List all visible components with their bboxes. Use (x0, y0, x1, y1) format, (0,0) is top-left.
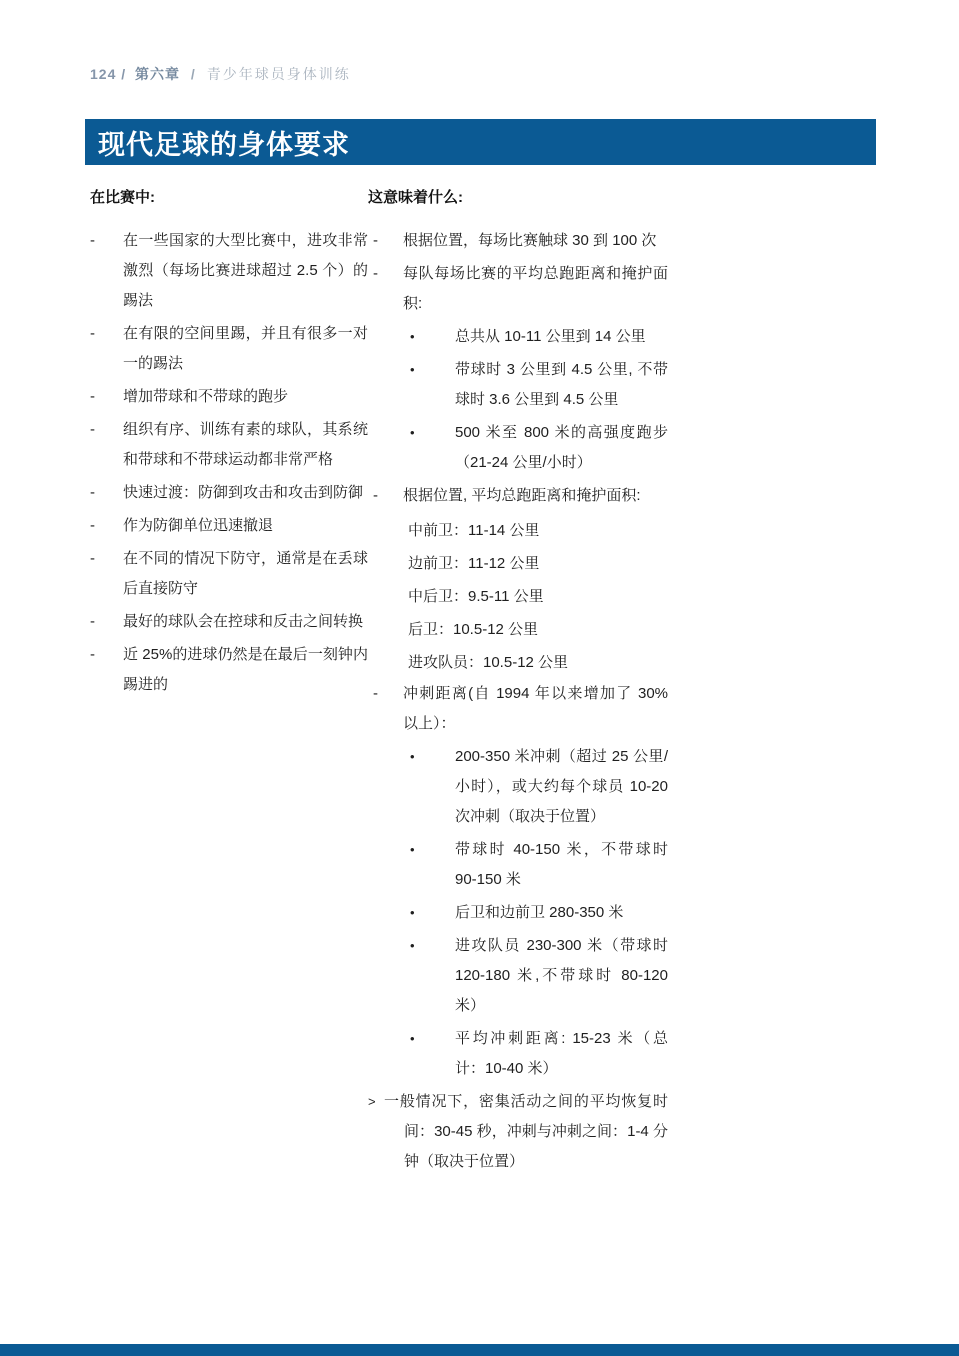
list-item: - 最好的球队会在控球和反击之间转换 (90, 607, 368, 637)
left-column-heading: 在比赛中: (90, 183, 368, 213)
list-item: - 在一些国家的大型比赛中，进攻非常激烈（每场比赛进球超过 2.5 个）的踢法 (90, 226, 368, 316)
right-column: 这意味着什么: - 根据位置，每场比赛触球 30 到 100 次 - 每队每场比… (368, 183, 668, 1180)
sub-list-item-text: 200-350 米冲刺（超过 25 公里/小时），或大约每个球员 10-20 次… (455, 742, 668, 832)
dash-marker: - (368, 226, 403, 256)
list-item-text: 作为防御单位迅速撤退 (123, 511, 368, 541)
bullet-marker: • (408, 931, 455, 1021)
dash-marker: - (90, 511, 123, 541)
dash-marker: - (90, 226, 123, 316)
dash-marker: - (90, 319, 123, 379)
section-title: 青少年球员身体训练 (207, 66, 351, 82)
sub-list-item: • 总共从 10-11 公里到 14 公里 (408, 322, 668, 352)
list-item: - 组织有序、训练有素的球队，其系统和带球和不带球运动都非常严格 (90, 415, 368, 475)
document-page: 124 / 第六章 / 青少年球员身体训练 现代足球的身体要求 在比赛中: - … (0, 0, 959, 1356)
bullet-marker: • (408, 742, 455, 832)
position-distance-list: 中前卫：11-14 公里 边前卫：11-12 公里 中后卫：9.5-11 公里 … (368, 514, 668, 679)
bullet-marker: • (408, 898, 455, 928)
sub-list-item: • 进攻队员 230-300 米（带球时 120-180 米,不带球时 80-1… (408, 931, 668, 1021)
sub-list-item: • 200-350 米冲刺（超过 25 公里/小时），或大约每个球员 10-20… (408, 742, 668, 832)
breadcrumb-separator: / (191, 66, 196, 82)
bullet-marker: • (408, 355, 455, 415)
position-distance-line: 边前卫：11-12 公里 (408, 547, 668, 580)
list-item: - 快速过渡：防御到攻击和攻击到防御 (90, 478, 368, 508)
bullet-marker: • (408, 835, 455, 895)
left-column: 在比赛中: - 在一些国家的大型比赛中，进攻非常激烈（每场比赛进球超过 2.5 … (90, 183, 368, 703)
dash-marker: - (90, 544, 123, 604)
bullet-marker: • (408, 418, 455, 478)
list-item-text: 根据位置，每场比赛触球 30 到 100 次 (403, 226, 668, 256)
list-item: - 每队每场比赛的平均总跑距离和掩护面积: (368, 259, 668, 319)
list-item: - 冲刺距离(自 1994 年以来增加了 30% 以上）： (368, 679, 668, 739)
list-item-text: 在一些国家的大型比赛中，进攻非常激烈（每场比赛进球超过 2.5 个）的踢法 (123, 226, 368, 316)
list-item-text: 快速过渡：防御到攻击和攻击到防御 (123, 478, 368, 508)
sub-list-item-text: 后卫和边前卫 280-350 米 (455, 898, 668, 928)
list-item: - 增加带球和不带球的跑步 (90, 382, 368, 412)
dash-marker: - (90, 382, 123, 412)
right-column-heading: 这意味着什么: (368, 183, 668, 213)
dash-marker: - (368, 481, 403, 511)
sub-list-item: • 带球时 40-150 米，不带球时 90-150 米 (408, 835, 668, 895)
sub-list-item: • 带球时 3 公里到 4.5 公里, 不带球时 3.6 公里到 4.5 公里 (408, 355, 668, 415)
list-item: - 近 25%的进球仍然是在最后一刻钟内踢进的 (90, 640, 368, 700)
banner-title: 现代足球的身体要求 (98, 123, 350, 162)
list-item-text: 冲刺距离(自 1994 年以来增加了 30% 以上）： (403, 679, 668, 739)
position-distance-line: 中后卫：9.5-11 公里 (408, 580, 668, 613)
position-distance-line: 后卫：10.5-12 公里 (408, 613, 668, 646)
dash-marker: - (90, 640, 123, 700)
footer-bar (0, 1344, 959, 1356)
dash-marker: - (368, 679, 403, 739)
bullet-marker: • (408, 1024, 455, 1084)
list-item-text: 在有限的空间里踢，并且有很多一对一的踢法 (123, 319, 368, 379)
chapter-label: 第六章 (135, 66, 180, 82)
list-item-text: 在不同的情况下防守，通常是在丢球后直接防守 (123, 544, 368, 604)
position-distance-line: 进攻队员：10.5-12 公里 (408, 646, 668, 679)
sub-list-item-text: 进攻队员 230-300 米（带球时 120-180 米,不带球时 80-120… (455, 931, 668, 1021)
position-distance-line: 中前卫：11-14 公里 (408, 514, 668, 547)
list-item: - 作为防御单位迅速撤退 (90, 511, 368, 541)
sub-list-item-text: 带球时 40-150 米，不带球时 90-150 米 (455, 835, 668, 895)
recovery-note-item: > 一般情况下，密集活动之间的平均恢复时间：30-45 秒，冲刺与冲刺之间：1-… (368, 1087, 668, 1177)
bullet-marker: • (408, 322, 455, 352)
sub-list-item: • 后卫和边前卫 280-350 米 (408, 898, 668, 928)
dash-marker: - (90, 478, 123, 508)
sub-list-item: • 500 米至 800 米的高强度跑步（21-24 公里/小时） (408, 418, 668, 478)
breadcrumb: 124 / 第六章 / 青少年球员身体训练 (90, 64, 351, 84)
gt-marker: > (368, 1087, 384, 1177)
list-item: - 在有限的空间里踢，并且有很多一对一的踢法 (90, 319, 368, 379)
list-item-text: 根据位置, 平均总跑距离和掩护面积: (403, 481, 668, 511)
sub-list-item-text: 500 米至 800 米的高强度跑步（21-24 公里/小时） (455, 418, 668, 478)
dash-marker: - (90, 607, 123, 637)
list-item: - 在不同的情况下防守，通常是在丢球后直接防守 (90, 544, 368, 604)
sub-list-item-text: 平均冲刺距离: 15-23 米（总计：10-40 米） (455, 1024, 668, 1084)
sub-list-item: • 平均冲刺距离: 15-23 米（总计：10-40 米） (408, 1024, 668, 1084)
list-item: - 根据位置, 平均总跑距离和掩护面积: (368, 481, 668, 511)
sub-list-item-text: 总共从 10-11 公里到 14 公里 (455, 322, 668, 352)
section-banner: 现代足球的身体要求 (85, 119, 876, 165)
dash-marker: - (368, 259, 403, 319)
list-item-text: 组织有序、训练有素的球队，其系统和带球和不带球运动都非常严格 (123, 415, 368, 475)
list-item: - 根据位置，每场比赛触球 30 到 100 次 (368, 226, 668, 256)
list-item-text: 近 25%的进球仍然是在最后一刻钟内踢进的 (123, 640, 368, 700)
list-item-text: 最好的球队会在控球和反击之间转换 (123, 607, 368, 637)
recovery-note-text: 一般情况下，密集活动之间的平均恢复时间：30-45 秒，冲刺与冲刺之间：1-4 … (384, 1087, 668, 1177)
sub-list-item-text: 带球时 3 公里到 4.5 公里, 不带球时 3.6 公里到 4.5 公里 (455, 355, 668, 415)
list-item-text: 每队每场比赛的平均总跑距离和掩护面积: (403, 259, 668, 319)
dash-marker: - (90, 415, 123, 475)
list-item-text: 增加带球和不带球的跑步 (123, 382, 368, 412)
page-number: 124 / (90, 66, 126, 82)
